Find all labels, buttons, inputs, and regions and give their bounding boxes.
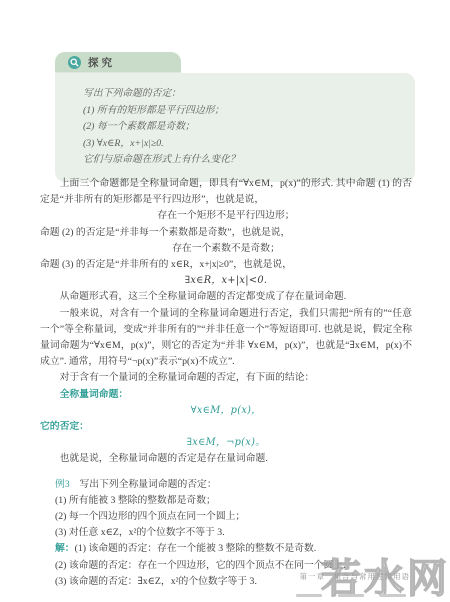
paragraph-intro: 上面三个命题都是全称量词命题，即具有“∀x∈M，p(x)”的形式. 其中命题 (… [40,176,412,208]
conclusion-formula-negation: ∃x∈M，¬p(x)。 [40,435,412,451]
explore-line-1: (1) 所有的矩形都是平行四边形； [83,103,393,120]
explore-line-question: 它们与原命题在形式上有什么变化？ [83,152,393,169]
magnifier-icon [68,56,81,69]
explore-line-2: (2) 每一个素数都是奇数； [83,119,393,136]
watermark-smudge [380,594,406,597]
example-item-1: (1) 所有能被 3 整除的整数都是奇数； [55,493,412,509]
example-heading: 例3 写出下列全称量词命题的否定： [55,477,412,493]
paragraph-prop2: 命题 (2) 的否定是“并非每一个素数都是奇数”，也就是说， [40,225,412,241]
explore-line-3: (3) ∀x∈R，x+|x|≥0. [83,136,393,153]
paragraph-prop3: 命题 (3) 的否定是“并非所有的 x∈R，x+|x|≥0”，也就是说， [40,257,412,273]
paragraph-conclusion-note: 也就是说，全称量词命题的否定是存在量词命题. [40,451,412,467]
conclusion-label-universal: 全称量词命题： [40,387,412,403]
negation-line-2: 存在一个素数不是奇数； [40,241,412,257]
paragraph-observation: 从命题形式看，这三个全称量词命题的否定都变成了存在量词命题. [40,289,412,305]
example-label: 例3 [55,479,70,490]
negation-formula-3: ∃x∈R，x+|x|<0. [40,273,412,289]
example-item-3: (3) 对任意 x∈Z，x²的个位数字不等于 3. [55,525,412,541]
watermark-smudge [338,594,364,597]
watermark-smudges [296,594,406,597]
watermark-smudge [296,594,322,597]
paragraph-conclusion-intro: 对于含有一个量词的全称量词命题的否定，有下面的结论： [40,370,412,386]
explore-tab-label: 探究 [88,55,115,70]
explore-content: 写出下列命题的否定： (1) 所有的矩形都是平行四边形； (2) 每一个素数都是… [55,73,415,182]
example-item-2: (2) 每一个四边形的四个顶点在同一个圆上； [55,509,412,525]
main-text: 上面三个命题都是全称量词命题，即具有“∀x∈M，p(x)”的形式. 其中命题 (… [40,176,412,590]
explore-line-intro: 写出下列命题的否定： [83,86,393,103]
textbook-page: 探究 写出下列命题的否定： (1) 所有的矩形都是平行四边形； (2) 每一个素… [0,0,450,602]
solution-text-1: (1) 该命题的否定：存在一个能被 3 整除的整数不是奇数. [75,543,317,554]
solution-label: 解： [55,543,75,554]
conclusion-label-negation: 它的否定： [40,419,412,435]
explore-tab: 探究 [55,52,181,73]
paragraph-general-rule: 一般来说，对含有一个量词的全称量词命题进行否定，我们只需把“所有的”“任意一个”… [40,306,412,371]
negation-line-1: 存在一个矩形不是平行四边形； [40,208,412,224]
example-intro: 写出下列全称量词命题的否定： [70,479,217,490]
explore-box: 探究 写出下列命题的否定： (1) 所有的矩形都是平行四边形； (2) 每一个素… [55,52,415,182]
conclusion-formula-universal: ∀x∈M，p(x)， [40,403,412,419]
